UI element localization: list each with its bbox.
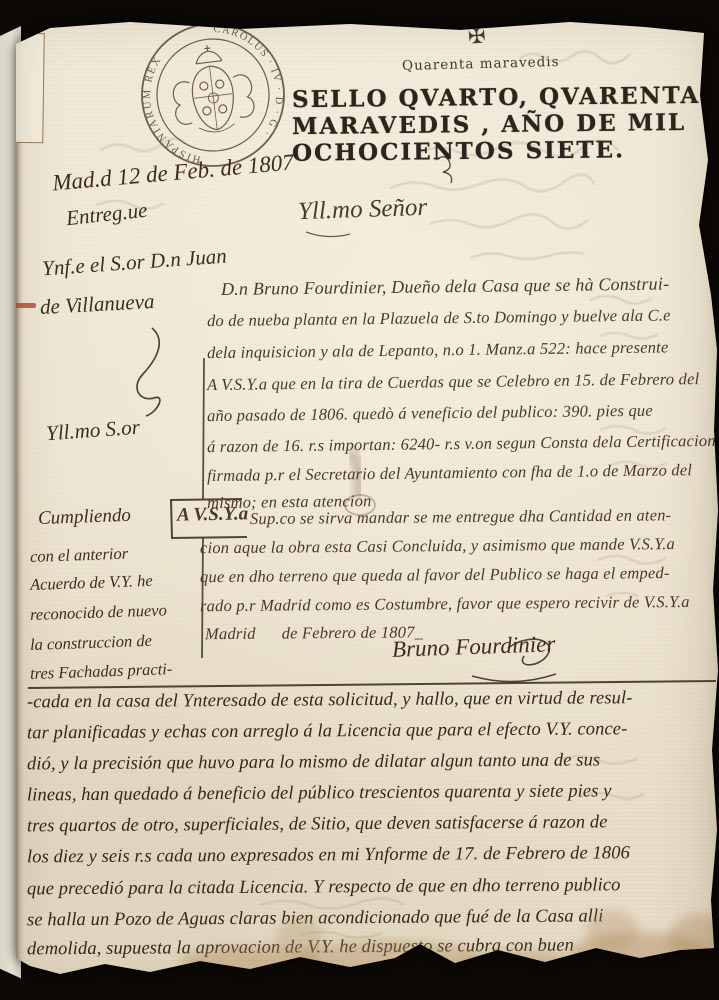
manuscript-page-wrap: HISPANIARUM REX CAROLUS · IV · D · G · ✠…	[0, 0, 719, 1000]
request-line: que en dho terreno que queda al favor de…	[200, 563, 715, 587]
salutation: Yll.mo Señor	[298, 194, 428, 226]
text-block-rule-upper	[203, 358, 204, 499]
margin-decree-order: Entreg.ue	[65, 198, 149, 231]
report-line: dió, y la precisión que huvo para lo mis…	[27, 750, 719, 776]
svg-text:HISPANIARUM REX: HISPANIARUM REX	[137, 50, 203, 171]
margin-note-line: con el anterior	[30, 541, 206, 567]
margin-note-line: reconocido de nuevo	[30, 599, 206, 625]
margin-note-line: tres Fachadas practi-	[30, 658, 206, 684]
report-line: que precedió para la citada Licencia. Y …	[27, 875, 719, 901]
margin-note-line: la construccion de	[30, 629, 206, 655]
report-line: tres quartos de otro, superficiales, de …	[27, 812, 719, 838]
petition-line: D.n Bruno Fourdinier, Dueño dela Casa qu…	[207, 273, 719, 300]
photograph-backdrop: { "seal": { "legend_left": "HISPANIARUM …	[0, 0, 719, 1000]
request-intro: A V.S.Y.a	[177, 503, 248, 526]
seal-legend-left: HISPANIARUM REX	[137, 50, 203, 171]
petition-line: á razon de 16. r.s importan: 6240- r.s v…	[207, 431, 715, 457]
report-line: se halla un Pozo de Aguas claras bien ac…	[27, 906, 719, 932]
petition-line: dela inquisicion y ala de Lepanto, n.o 1…	[207, 337, 715, 363]
report-line: tar planificadas y echas con arreglo á l…	[27, 719, 719, 745]
sello-stamp-line-3: OCHOCIENTOS SIETE.	[292, 136, 625, 166]
petition-line: firmada p.r el Secretario del Ayuntamien…	[207, 460, 715, 486]
seal-legend-right: CAROLUS · IV · D · G ·	[212, 16, 290, 144]
request-line: rado p.r Madrid como es Costumbre, favor…	[200, 592, 715, 616]
seal-coat-of-arms	[168, 41, 257, 137]
binding-stub	[13, 33, 45, 143]
petition-line: A V.S.Y.a que en la tira de Cuerdas que …	[207, 369, 715, 395]
margin-salutation: Yll.mo S.or	[45, 415, 140, 446]
request-line: Sup.co se sirva mandar se me entregue dh…	[250, 505, 715, 529]
decree-rubric-flourish	[137, 328, 160, 416]
salutation-underline-swash	[306, 232, 350, 237]
petition-line: año pasado de 1806. quedò á veneficio de…	[207, 400, 715, 426]
report-line: demolida, supuesta la aprovacion de V.Y.…	[27, 935, 719, 961]
report-line: lineas, han quedado á beneficio del públ…	[27, 781, 719, 807]
report-line: los diez y seis r.s cada uno expresados …	[27, 843, 719, 869]
margin-decree-informe-line-1: Ynf.e el S.or D.n Juan	[41, 244, 227, 282]
signature: Bruno Fourdinier	[392, 631, 556, 663]
svg-text:CAROLUS · IV · D · G ·: CAROLUS · IV · D · G ·	[212, 16, 290, 144]
report-line: -cada en la casa del Ynteresado de esta …	[27, 688, 719, 714]
duty-stamp-line: Quarenta maravedis	[402, 54, 560, 74]
binding-crease	[16, 28, 24, 978]
margin-note-line: Acuerdo de V.Y. he	[30, 569, 206, 595]
sello-stamp-line-2: MARAVEDIS , AÑO DE MIL	[292, 109, 686, 140]
petition-line: do de nueba planta en la Plazuela de S.t…	[207, 305, 715, 331]
margin-decree-informe-line-2: de Villanueva	[39, 289, 155, 320]
manuscript-page: HISPANIARUM REX CAROLUS · IV · D · G · ✠…	[0, 0, 719, 1000]
margin-decree-date: Mad.d 12 de Feb. de 1807	[51, 149, 294, 196]
maltese-cross-stamp: ✠	[467, 23, 486, 48]
request-line: cion aque la obra esta Casi Concluida, y…	[200, 534, 715, 558]
section-divider-rule	[28, 681, 716, 688]
